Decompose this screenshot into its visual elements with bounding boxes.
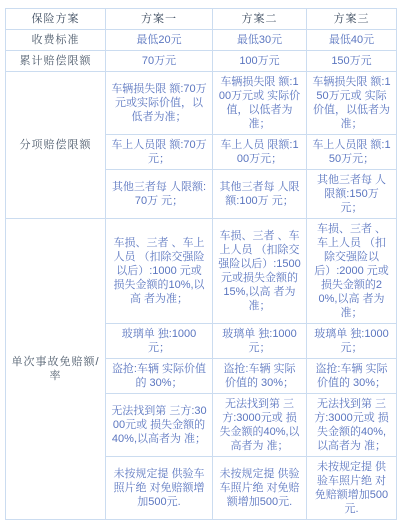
header-cell-plan-category: 保险方案 <box>6 9 106 30</box>
cumulative-plan2: 100万元 <box>213 51 307 72</box>
fee-plan3: 最低40元 <box>307 30 397 51</box>
itemized-vehicle-plan1: 车辆损失限 额:70万元或实际价值，以低者为准； <box>106 72 213 135</box>
itemized-thirdparty-plan1: 其他三者每 人限额:70万 元； <box>106 170 213 219</box>
deductible-main-plan3: 车损、三者 、车上人员 （扣除交强险以后）:2000 元或损失金额的20%,以高… <box>307 219 397 324</box>
deductible-glass-plan1: 玻璃单 独:1000元； <box>106 324 213 349</box>
itemized-passenger-plan3: 车上人员限 额:150万元； <box>307 135 397 170</box>
deductible-main-plan1: 车损、三者 、车上人员 （扣除交强险以后）:1000 元或损失金额的10%,以高… <box>106 219 213 324</box>
header-cell-plan-2: 方案二 <box>213 9 307 30</box>
fee-row: 收费标准 最低20元 最低30元 最低40元 <box>6 30 397 51</box>
cumulative-plan1: 70万元 <box>106 51 213 72</box>
header-row: 保险方案 方案一 方案二 方案三 <box>6 9 397 30</box>
itemized-thirdparty-plan3: 其他三者每 人限额:150万 元； <box>307 170 397 219</box>
deductible-main-plan2: 车损、三者 、车上人员 （扣除交强险以后）:1500 元或损失金额的15%,以高… <box>213 219 307 324</box>
fee-plan2: 最低30元 <box>213 30 307 51</box>
header-cell-plan-1: 方案一 <box>106 9 213 30</box>
cumulative-plan3: 150万元 <box>307 51 397 72</box>
itemized-thirdparty-plan2: 其他三者每 人限额:100万 元； <box>213 170 307 219</box>
header-cell-plan-3: 方案三 <box>307 9 397 30</box>
itemized-limit-row-1: 分项赔偿限额 车辆损失限 额:70万元或实际价值，以低者为准； 车辆损失限 额:… <box>6 72 397 135</box>
row-label-fee: 收费标准 <box>6 30 106 51</box>
itemized-passenger-plan1: 车上人员限 额:70万元； <box>106 135 213 170</box>
row-label-itemized-limit: 分项赔偿限额 <box>6 72 106 219</box>
plan-comparison-table: 保险方案 方案一 方案二 方案三 收费标准 最低20元 最低30元 最低40元 … <box>5 8 397 348</box>
deductible-glass-plan3: 玻璃单 独:1000元； <box>307 324 397 349</box>
itemized-vehicle-plan2: 车辆损失限 额:100万元或 实际价值，以低者为准； <box>213 72 307 135</box>
deductible-row-1: 单次事故免赔额/率 车损、三者 、车上人员 （扣除交强险以后）:1000 元或损… <box>6 219 397 324</box>
itemized-passenger-plan2: 车上人员 限额:100万元； <box>213 135 307 170</box>
insurance-plan-table: 保险方案 方案一 方案二 方案三 收费标准 最低20元 最低30元 最低40元 … <box>5 8 396 348</box>
cumulative-limit-row: 累计赔偿限额 70万元 100万元 150万元 <box>6 51 397 72</box>
deductible-glass-plan2: 玻璃单 独:1000元； <box>213 324 307 349</box>
row-label-deductible: 单次事故免赔额/率 <box>6 219 106 349</box>
itemized-vehicle-plan3: 车辆损失限 额:150万元或 实际价值，以低者为准； <box>307 72 397 135</box>
row-label-cumulative-limit: 累计赔偿限额 <box>6 51 106 72</box>
fee-plan1: 最低20元 <box>106 30 213 51</box>
